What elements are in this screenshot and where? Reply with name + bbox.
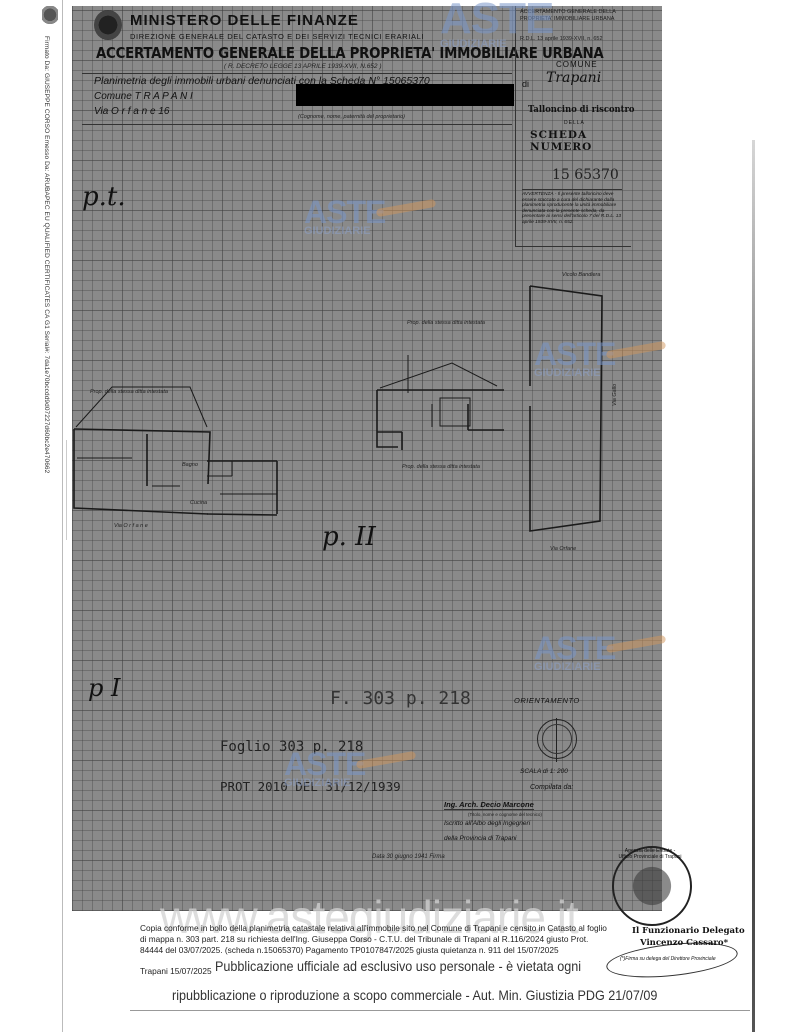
aste-watermark: ASTEGIUDIZIARIE	[304, 194, 385, 237]
margin-line	[66, 440, 67, 540]
street-label-ground: Via O r f a n e	[114, 523, 148, 529]
room-label-bagno: Bagno	[182, 462, 198, 468]
date-signature-line: Data 30 giugno 1941 Firma	[372, 854, 445, 860]
orientation-label: ORIENTAMENTO	[514, 696, 580, 705]
compass-inner-ring	[542, 724, 572, 754]
aste-watermark: ASTEGIUDIZIARIE	[534, 630, 615, 673]
cadastral-sheet: MINISTERO DELLE FINANZE DIREZIONE GENERA…	[72, 6, 662, 911]
label-second-floor: p. II	[322, 522, 376, 552]
scan-edge-line	[752, 140, 755, 1032]
official-delegation-note: (*)Firma su delega del Direttore Provinc…	[620, 956, 716, 962]
margin-line	[62, 0, 63, 1032]
engineer-name: Ing. Arch. Decio Marcone	[444, 800, 534, 810]
scale-label: SCALA di 1: 200	[520, 768, 568, 775]
note-second-top: Prop. della stessa ditta intestata	[407, 320, 485, 326]
street-label-second: Via Orfane	[550, 546, 576, 552]
foglio-reference-stamp: F. 303 p. 218	[330, 688, 471, 709]
place-date: Trapani 15/07/2025	[140, 966, 212, 976]
compiled-by-label: Compilata da:	[530, 784, 573, 791]
register-line: Iscritto all'Albo degli Ingegneri	[444, 820, 530, 827]
street-label-top: Vicolo Bandiera	[562, 272, 600, 278]
note-second-bottom: Prop. della stessa ditta intestata	[402, 464, 480, 470]
label-ground-floor: p.t.	[82, 182, 126, 212]
emblem-icon	[42, 6, 58, 28]
official-name: Vincenzo Cassaro*	[640, 938, 728, 948]
aste-watermark: ASTEGIUDIZIARIE	[534, 336, 615, 379]
watermark-text: ASTE	[440, 0, 553, 43]
engineer-name-hint: (Titolo, nome e cognome del tecnico)	[468, 812, 542, 817]
official-title: Il Funzionario Delegato	[632, 926, 745, 936]
aste-watermark-top: ASTEGIUDIZIARIE	[440, 0, 553, 50]
floor-plan-drawing	[72, 6, 662, 911]
stamp-ring-text: Agenzia delle Entrate - Ufficio Provinci…	[618, 848, 682, 860]
aste-watermark: ASTEGIUDIZIARIE	[284, 746, 365, 789]
bottom-divider	[130, 1010, 750, 1011]
street-label-side: Via Gallo	[612, 384, 618, 406]
room-label-cucina: Cucina	[190, 500, 207, 506]
certified-copy-note: Copia conforme in bollo della planimetri…	[140, 923, 610, 956]
label-first-floor: p I	[88, 674, 120, 702]
note-ground-adjacent: Prop. della stessa ditta intestata	[90, 389, 168, 395]
digital-signature-text: Firmato Da: GIUSEPPE CORSO Emesso Da: AR…	[38, 36, 50, 466]
publication-notice-line1: Pubblicazione ufficiale ad esclusivo uso…	[215, 958, 581, 974]
province-line: della Provincia di Trapani	[444, 835, 517, 842]
publication-notice-line2: ripubblicazione o riproduzione a scopo c…	[172, 987, 657, 1003]
